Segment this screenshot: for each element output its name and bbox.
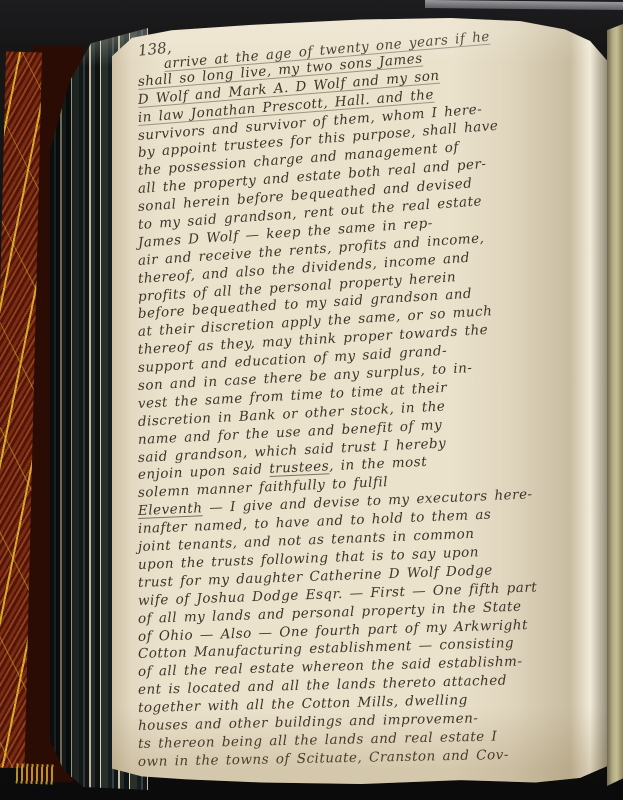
book-cover-fringe bbox=[16, 763, 55, 784]
underlined-word: Eleventh bbox=[138, 501, 203, 520]
handwritten-text: arrive at the age of twenty one years if… bbox=[138, 56, 600, 772]
underlined-word: trustees bbox=[269, 459, 330, 478]
facing-page-edge bbox=[607, 24, 623, 786]
book-photo: 138, arrive at the age of twenty one yea… bbox=[0, 0, 623, 800]
spine-bar bbox=[425, 0, 623, 10]
manuscript-page: 138, arrive at the age of twenty one yea… bbox=[112, 18, 610, 784]
